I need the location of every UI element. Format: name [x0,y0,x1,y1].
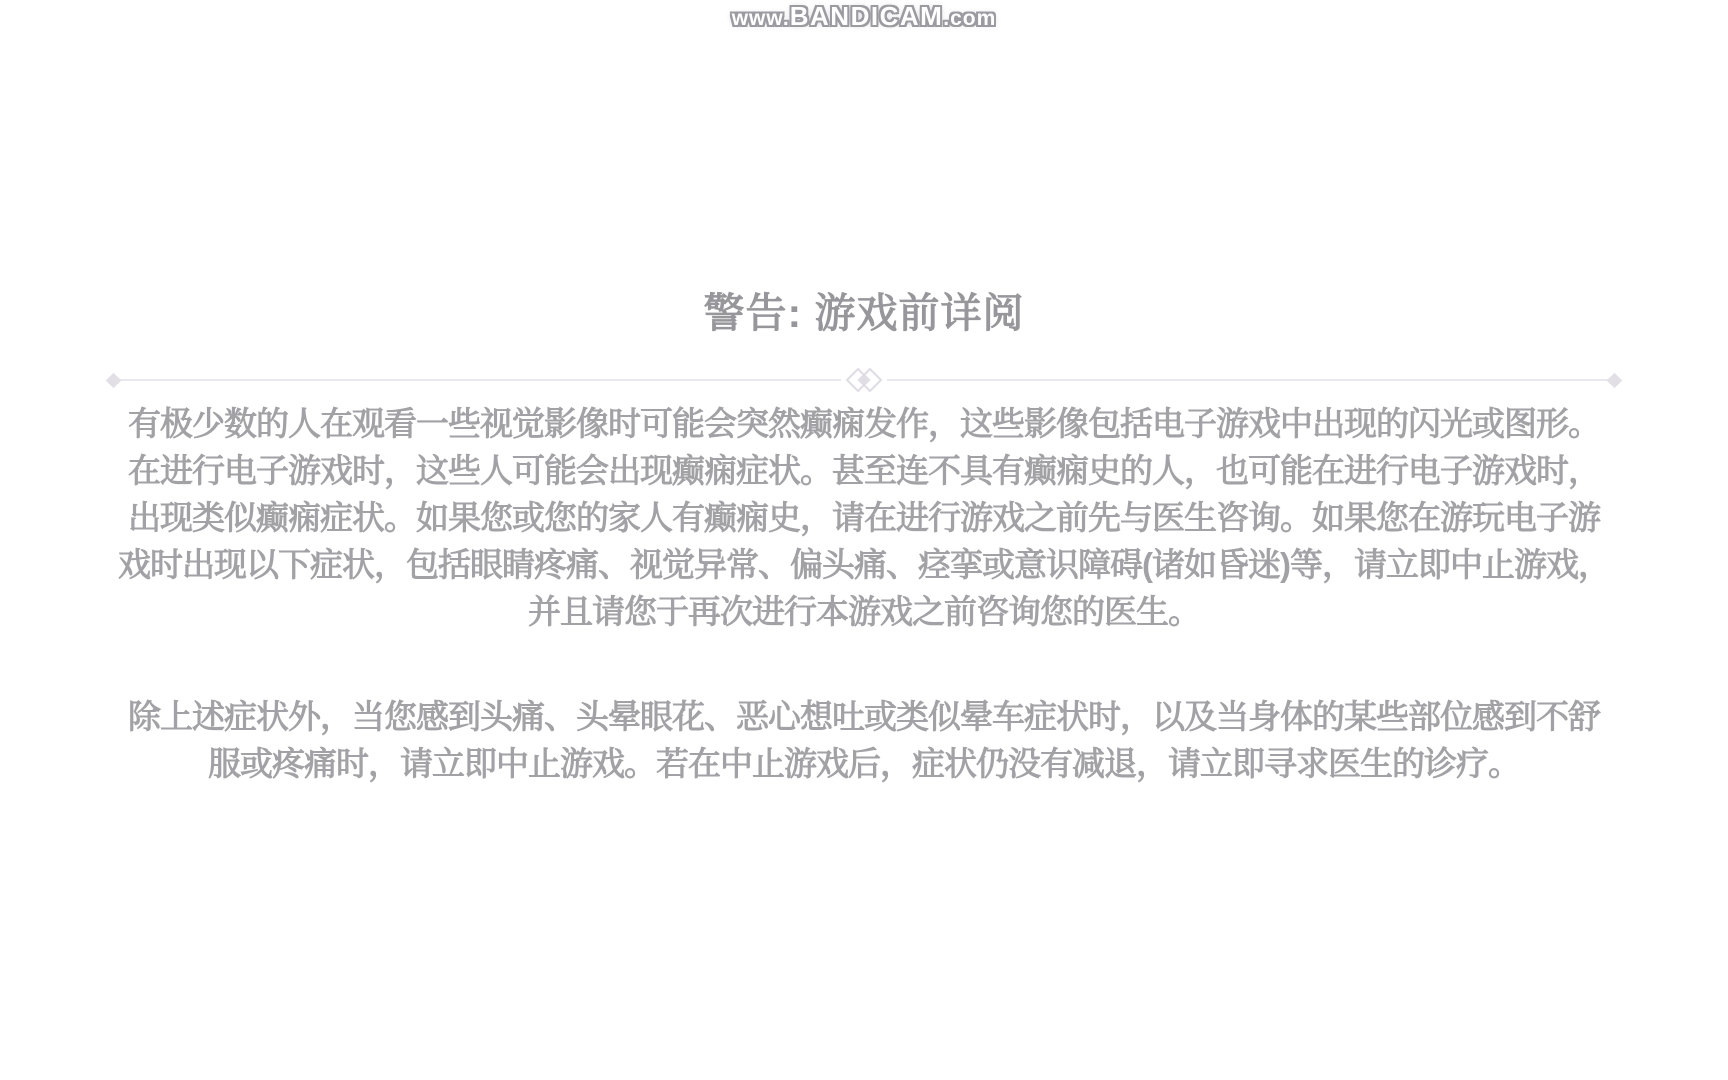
warning-title: 警告: 游戏前详阅 [0,291,1728,335]
warning-text-line: 并且请您于再次进行本游戏之前咨询您的医生。 [110,588,1618,635]
warning-text-line: 服或疼痛时，请立即中止游戏。若在中止游戏后，症状仍没有减退，请立即寻求医生的诊疗… [110,740,1618,787]
watermark-brand: BANDICAM [790,1,944,31]
title-divider [110,379,1618,381]
warning-text-line: 在进行电子游戏时，这些人可能会出现癫痫症状。甚至连不具有癫痫史的人，也可能在进行… [110,447,1618,494]
warning-paragraph-2: 除上述症状外，当您感到头痛、头晕眼花、恶心想吐或类似晕车症状时，以及当身体的某些… [110,693,1618,787]
warning-text-line: 戏时出现以下症状，包括眼睛疼痛、视觉异常、偏头痛、痉挛或意识障碍(诸如昏迷)等，… [110,541,1618,588]
warning-text-line: 出现类似癫痫症状。如果您或您的家人有癫痫史，请在进行游戏之前先与医生咨询。如果您… [110,494,1618,541]
bandicam-watermark: www.BANDICAM.com [732,1,997,32]
diamond-left-icon [106,373,122,389]
warning-text-line: 有极少数的人在观看一些视觉影像时可能会突然癫痫发作，这些影像包括电子游戏中出现的… [110,400,1618,447]
interlocked-diamonds-icon [841,366,887,394]
warning-paragraph-1: 有极少数的人在观看一些视觉影像时可能会突然癫痫发作，这些影像包括电子游戏中出现的… [110,400,1618,635]
watermark-suffix: .com [943,7,996,30]
warning-text-line: 除上述症状外，当您感到头痛、头晕眼花、恶心想吐或类似晕车症状时，以及当身体的某些… [110,693,1618,740]
diamond-right-icon [1607,373,1623,389]
watermark-prefix: www. [732,7,790,30]
